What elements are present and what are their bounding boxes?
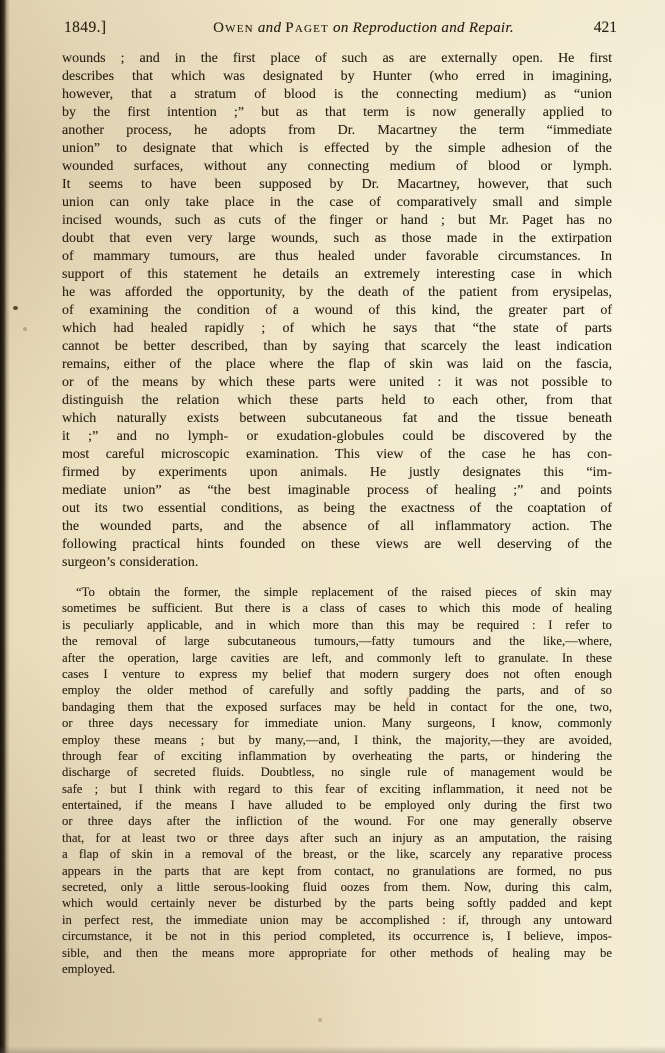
text-line: discharge of secreted fluids. Doubtless,… xyxy=(62,764,612,780)
text-line: sible, and then the means more appropria… xyxy=(62,945,612,961)
text-line: out its two essential conditions, as bei… xyxy=(62,500,612,518)
text-line: the removal of large subcutaneous tumour… xyxy=(62,633,612,649)
ink-speck xyxy=(13,306,18,310)
text-line: firmed by experiments upon animals. He j… xyxy=(62,464,612,482)
scanned-journal-page: { "header": { "year_bracket": "1849.]", … xyxy=(0,0,665,1053)
text-line: circumstance, it be not in this period c… xyxy=(62,928,612,944)
text-line: which had healed rapidly ; of which he s… xyxy=(62,320,612,338)
text-line: remains, either of the place where the f… xyxy=(62,356,612,374)
quoted-paragraph-practical-hints: “To obtain the former, the simple replac… xyxy=(62,584,612,977)
text-line: cannot be better described, than by sayi… xyxy=(62,338,612,356)
text-line: incised wounds, such as cuts of the fing… xyxy=(62,212,612,230)
text-line: another process, he adopts from Dr. Maca… xyxy=(62,122,612,140)
ink-speck xyxy=(23,327,27,331)
header-title-rest: on Reproduction and Repair. xyxy=(329,20,514,36)
text-line: which would certainly never be disturbed… xyxy=(62,895,612,911)
text-line: most careful microscopic examination. Th… xyxy=(62,446,612,464)
text-line: or three days after the infliction of th… xyxy=(62,813,612,829)
text-line: of examining the condition of a wound of… xyxy=(62,302,612,320)
text-line: following practical hints founded on the… xyxy=(62,536,612,554)
page-edge-shadow-bottom xyxy=(0,1046,665,1053)
header-year: 1849.] xyxy=(64,19,160,37)
text-line: union can only take place in the case of… xyxy=(62,194,612,212)
header-running-title: Owen and Paget on Reproduction and Repai… xyxy=(160,20,567,37)
text-line: employed. xyxy=(62,961,612,977)
body-paragraph-main: wounds ; and in the first place of such … xyxy=(62,50,612,572)
header-page-number: 421 xyxy=(567,19,617,37)
ink-speck xyxy=(318,1018,322,1022)
header-author-owen: Owen xyxy=(213,20,254,36)
text-line: wounds ; and in the first place of such … xyxy=(62,50,612,68)
text-line: however, that a stratum of blood is the … xyxy=(62,86,612,104)
text-line: union” to designate that which is effect… xyxy=(62,140,612,158)
text-line: cases I venture to express my belief tha… xyxy=(62,666,612,682)
text-line: appears in the parts that are kept from … xyxy=(62,863,612,879)
text-line: it ;” and no lymph- or exudation-globule… xyxy=(62,428,612,446)
text-line: It seems to have been supposed by Dr. Ma… xyxy=(62,176,612,194)
text-line: doubt that even very large wounds, such … xyxy=(62,230,612,248)
page-header: 1849.] Owen and Paget on Reproduction an… xyxy=(64,19,617,37)
header-author-paget: Paget xyxy=(285,20,329,36)
text-line: entertained, if the means I have alluded… xyxy=(62,797,612,813)
text-line: wounded surfaces, without any connecting… xyxy=(62,158,612,176)
text-line: sometimes be sufficient. But there is a … xyxy=(62,600,612,616)
text-line: employ these means ; but by many,—and, I… xyxy=(62,732,612,748)
text-line: after the operation, large cavities are … xyxy=(62,650,612,666)
text-line: or of the means by which these parts wer… xyxy=(62,374,612,392)
text-line: employ the older method of carefully and… xyxy=(62,682,612,698)
text-line: that, for at least two or three days aft… xyxy=(62,830,612,846)
text-line: safe ; but I think with regard to this f… xyxy=(62,781,612,797)
text-line: mediate union” as “the best imaginable p… xyxy=(62,482,612,500)
text-line: he was afforded the opportunity, by the … xyxy=(62,284,612,302)
text-line: is peculiarly applicable, and in which m… xyxy=(62,617,612,633)
text-line: which naturally exists between subcutane… xyxy=(62,410,612,428)
text-line: by the first intention ;” but as that te… xyxy=(62,104,612,122)
text-line: distinguish the relation which these par… xyxy=(62,392,612,410)
text-line: support of this statement he details an … xyxy=(62,266,612,284)
header-conjunction: and xyxy=(254,20,286,36)
text-line: surgeon’s consideration. xyxy=(62,554,612,572)
page-edge-shadow-left xyxy=(0,0,10,1053)
text-line: “To obtain the former, the simple replac… xyxy=(62,584,612,600)
text-line: secreted, only a little serous-looking f… xyxy=(62,879,612,895)
text-line: a flap of skin in a removal of the breas… xyxy=(62,846,612,862)
text-line: bandaging them that the exposed surfaces… xyxy=(62,699,612,715)
text-line: in perfect rest, the immediate union may… xyxy=(62,912,612,928)
text-line: of mammary tumours, are thus healed unde… xyxy=(62,248,612,266)
text-line: the wounded parts, and the absence of al… xyxy=(62,518,612,536)
text-line: through fear of exciting inflammation by… xyxy=(62,748,612,764)
text-line: or three days necessary for immediate un… xyxy=(62,715,612,731)
text-line: describes that which was designated by H… xyxy=(62,68,612,86)
